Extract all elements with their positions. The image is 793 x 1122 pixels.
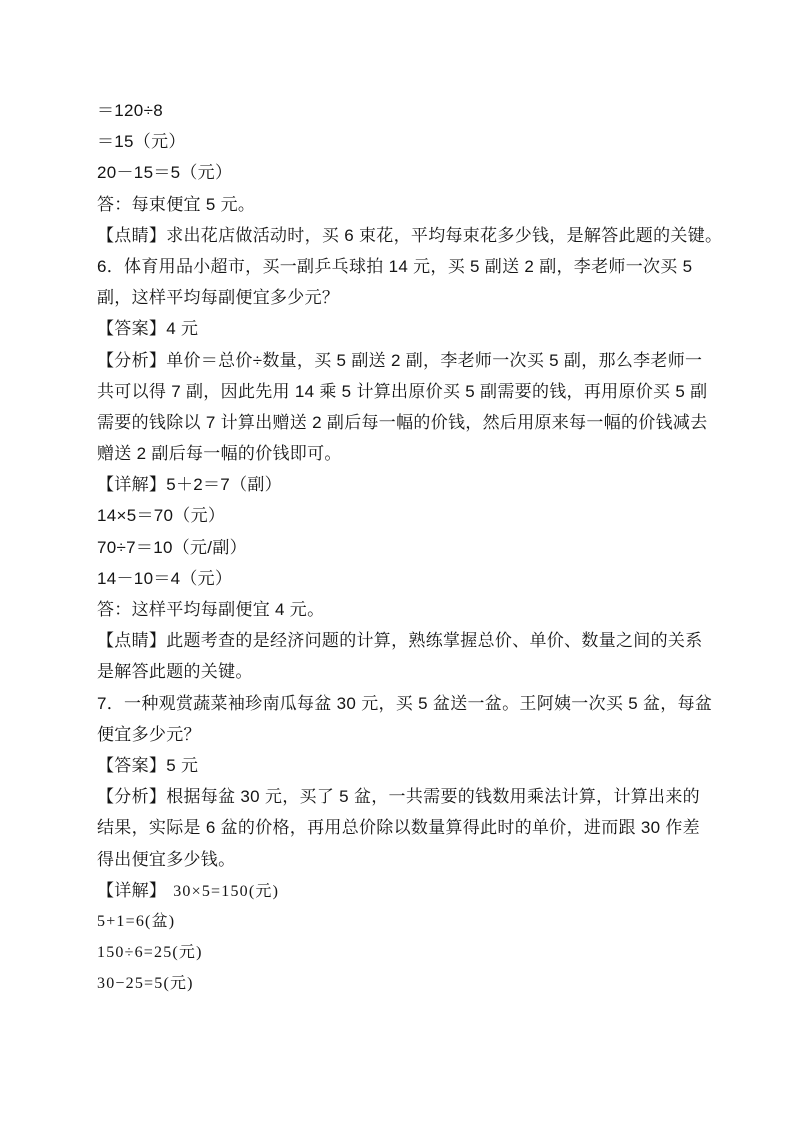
answer-sentence: 答：这样平均每副便宜 4 元。 (97, 594, 711, 625)
equation-line: 14×5＝70（元） (97, 500, 711, 531)
tip-note: 【点睛】此题考查的是经济问题的计算，熟练掌握总价、单价、数量之间的关系 (97, 625, 711, 656)
question-6-line: 6．体育用品小超市，买一副乒乓球拍 14 元，买 5 副送 2 副，李老师一次买… (97, 251, 711, 282)
analysis-line: 结果，实际是 6 盆的价格，再用总价除以数量算得此时的单价，进而跟 30 作差 (97, 812, 711, 843)
answer-label-line: 【答案】4 元 (97, 313, 711, 344)
solution-line: 【详解】5＋2＝7（副） (97, 469, 711, 500)
answer-label-line: 【答案】5 元 (97, 750, 711, 781)
question-6-line: 副，这样平均每副便宜多少元？ (97, 282, 711, 313)
math-expression: 30−25=5(元) (97, 968, 711, 999)
equation-line: 70÷7＝10（元/副） (97, 532, 711, 563)
answer-sentence: 答：每束便宜 5 元。 (97, 189, 711, 220)
analysis-line: 赠送 2 副后每一幅的价钱即可。 (97, 438, 711, 469)
math-expression: 5+1=6(盆) (97, 906, 711, 937)
equation-line: ＝120÷8 (97, 95, 711, 126)
detail-label: 【详解】 (97, 881, 166, 900)
question-7-line: 便宜多少元？ (97, 719, 711, 750)
analysis-line: 得出便宜多少钱。 (97, 844, 711, 875)
equation-line: ＝15（元） (97, 126, 711, 157)
question-7-line: 7．一种观赏蔬菜袖珍南瓜每盆 30 元，买 5 盆送一盆。王阿姨一次买 5 盆，… (97, 688, 711, 719)
equation-line: 20－15＝5（元） (97, 157, 711, 188)
analysis-line: 共可以得 7 副，因此先用 14 乘 5 计算出原价买 5 副需要的钱，再用原价… (97, 376, 711, 407)
math-expression: 30×5=150(元) (173, 883, 279, 900)
analysis-line: 【分析】单价＝总价÷数量，买 5 副送 2 副，李老师一次买 5 副，那么李老师… (97, 345, 711, 376)
document-page: ＝120÷8 ＝15（元） 20－15＝5（元） 答：每束便宜 5 元。 【点睛… (0, 0, 793, 1122)
equation-line: 14－10＝4（元） (97, 563, 711, 594)
math-expression: 150÷6=25(元) (97, 937, 711, 968)
doc-content: ＝120÷8 ＝15（元） 20－15＝5（元） 答：每束便宜 5 元。 【点睛… (97, 95, 711, 999)
analysis-line: 需要的钱除以 7 计算出赠送 2 副后每一幅的价钱，然后用原来每一幅的价钱减去 (97, 407, 711, 438)
tip-note: 是解答此题的关键。 (97, 656, 711, 687)
tip-note: 【点睛】求出花店做活动时，买 6 束花，平均每束花多少钱，是解答此题的关键。 (97, 220, 711, 251)
analysis-line: 【分析】根据每盆 30 元，买了 5 盆，一共需要的钱数用乘法计算，计算出来的 (97, 781, 711, 812)
solution-line: 【详解】30×5=150(元) (97, 875, 711, 906)
